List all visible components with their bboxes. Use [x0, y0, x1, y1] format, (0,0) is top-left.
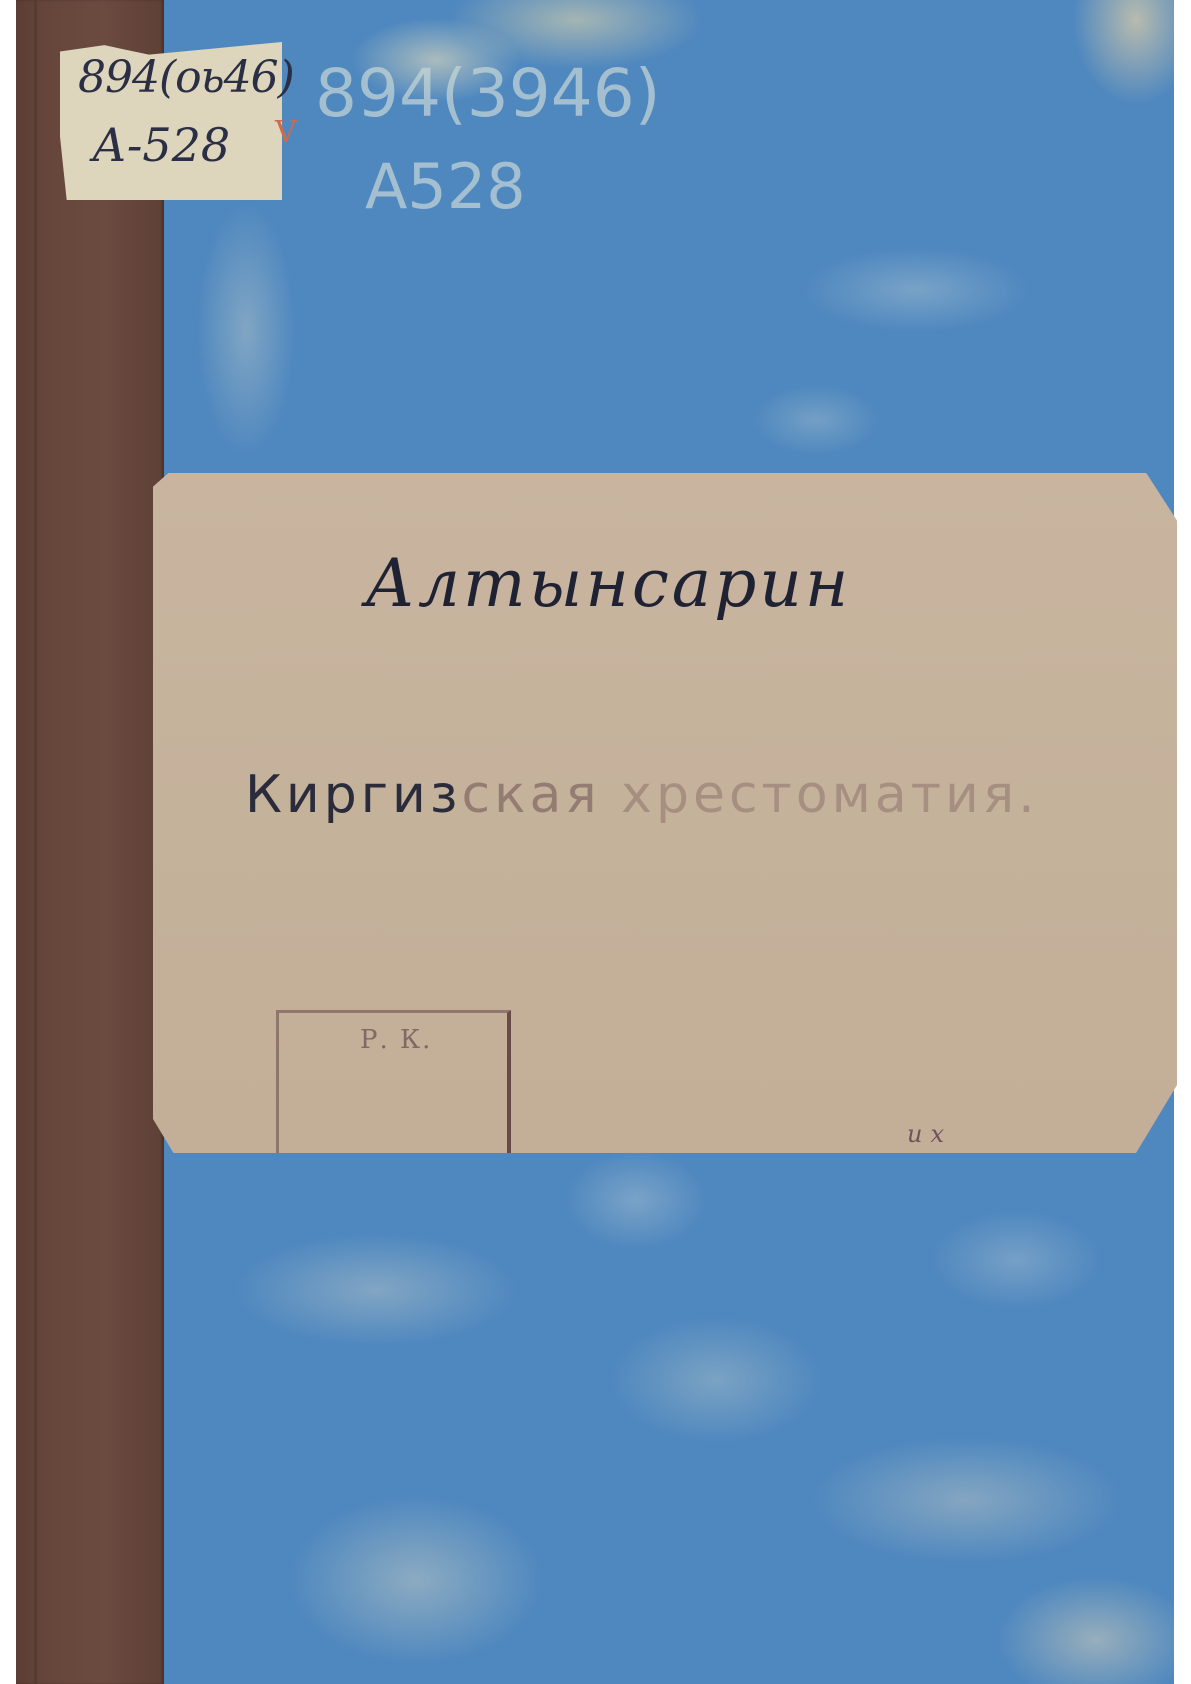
author-name: Алтынсарин: [365, 545, 851, 622]
book-title-faint: ская: [462, 765, 601, 825]
check-mark: V: [275, 115, 297, 150]
library-stamp-text: Р. К.: [360, 1025, 432, 1055]
book-title: Киргизская хрестоматия.: [245, 765, 1039, 825]
book-title-very-faint: хрестоматия.: [601, 765, 1039, 825]
call-number-line-2: А-528: [92, 118, 230, 172]
book-spine: [16, 0, 164, 1684]
faded-call-number: 894(3946): [315, 55, 660, 132]
call-number-line-1: 894(оь46): [78, 52, 294, 103]
pencil-note: их: [907, 1120, 952, 1148]
book-title-dark: Киргиз: [245, 765, 462, 825]
faded-call-number-2: А528: [365, 150, 526, 223]
